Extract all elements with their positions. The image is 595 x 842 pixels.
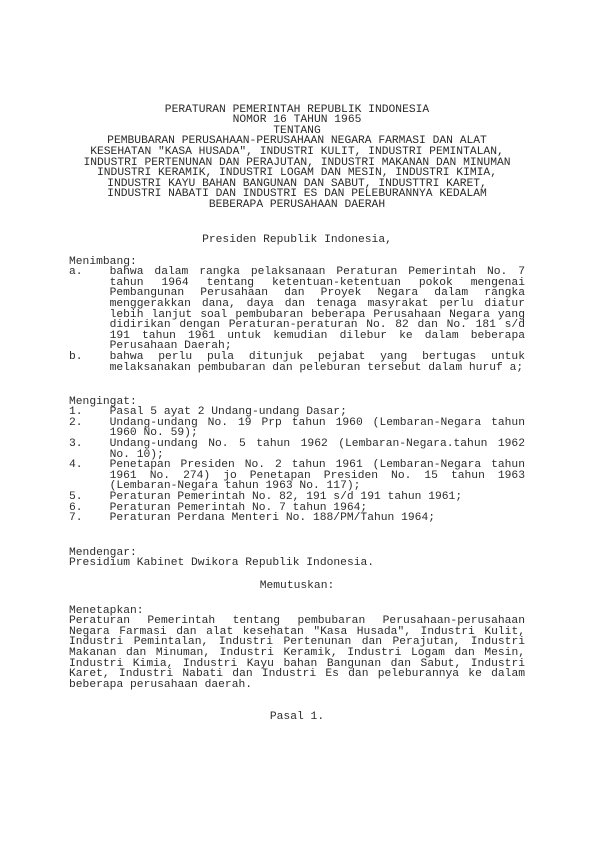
item-label: a. [69, 267, 110, 352]
section-text: Presidium Kabinet Dwikora Republik Indon… [69, 558, 525, 569]
item-text: Penetapan Presiden No. 2 tahun 1961 (Lem… [110, 460, 525, 492]
item-label: b. [69, 352, 110, 373]
item-text: bahwa dalam rangka pelaksanaan Peraturan… [110, 267, 525, 352]
item-label: 2. [69, 418, 110, 439]
section-text: Peraturan Pemerintah tentang pembubaran … [69, 616, 525, 690]
mengingat-section: Mengingat: 1. Pasal 5 ayat 2 Undang-unda… [69, 397, 525, 524]
item-text: Undang-undang No. 19 Prp tahun 1960 (Lem… [110, 418, 525, 439]
menimbang-section: Menimbang: a. bahwa dalam rangka pelaksa… [69, 257, 525, 374]
item-text: Undang-undang No. 5 tahun 1962 (Lembaran… [110, 439, 525, 460]
item-text: Peraturan Perdana Menteri No. 188/PM/Tah… [110, 513, 525, 524]
list-item: 2. Undang-undang No. 19 Prp tahun 1960 (… [69, 418, 525, 439]
list-item: 7. Peraturan Perdana Menteri No. 188/PM/… [69, 513, 525, 524]
issuer: Presiden Republik Indonesia, [69, 235, 525, 246]
item-label: 7. [69, 513, 110, 524]
item-text: bahwa perlu pula ditunjuk pejabat yang b… [110, 352, 525, 373]
list-item: 3. Undang-undang No. 5 tahun 1962 (Lemba… [69, 439, 525, 460]
document-title: PERATURAN PEMERINTAH REPUBLIK INDONESIA … [69, 105, 525, 211]
list-item: a. bahwa dalam rangka pelaksanaan Peratu… [69, 267, 525, 352]
memutuskan-heading: Memutuskan: [69, 581, 525, 592]
mendengar-section: Mendengar: Presidium Kabinet Dwikora Rep… [69, 548, 525, 569]
item-label: 3. [69, 439, 110, 460]
menetapkan-section: Menetapkan: Peraturan Pemerintah tentang… [69, 606, 525, 691]
item-label: 4. [69, 460, 110, 492]
list-item: b. bahwa perlu pula ditunjuk pejabat yan… [69, 352, 525, 373]
pasal-heading: Pasal 1. [69, 712, 525, 723]
title-line: BEBERAPA PERUSAHAAN DAERAH [69, 200, 525, 211]
list-item: 4. Penetapan Presiden No. 2 tahun 1961 (… [69, 460, 525, 492]
